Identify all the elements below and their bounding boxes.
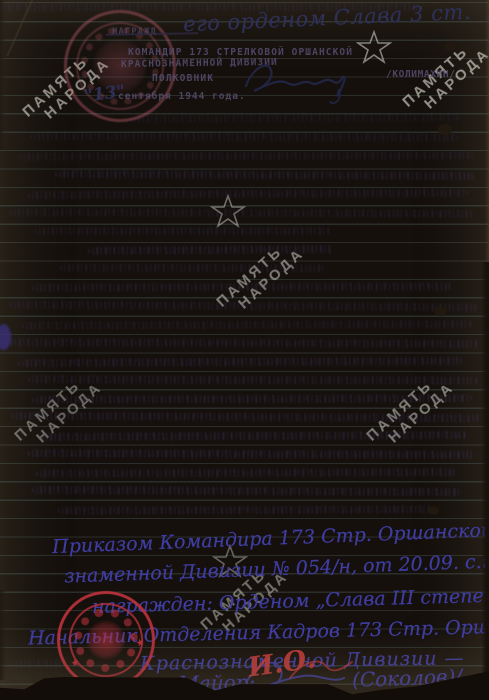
faded-handwriting-line xyxy=(30,132,460,142)
faded-handwriting-line xyxy=(58,505,433,514)
scan-edge-left xyxy=(0,0,5,150)
punch-hole xyxy=(438,124,452,135)
faded-handwriting-line xyxy=(35,227,330,235)
surname-typed: /КОЛИМАХИН/ xyxy=(386,69,456,80)
faded-handwriting-line xyxy=(60,264,325,273)
faded-handwriting-line xyxy=(88,245,333,255)
date-typed: сентября 1944 года. xyxy=(118,91,246,102)
rank-label: ПОЛКОВНИК xyxy=(152,73,214,84)
faded-handwriting-line xyxy=(2,338,480,348)
punch-hole xyxy=(444,42,456,51)
punch-hole xyxy=(434,306,447,316)
scanned-award-document: ПАМЯТЬНАРОДАПАМЯТЬНАРОДАПАМЯТЬНАРОДАПАМЯ… xyxy=(0,0,489,700)
scan-edge-right xyxy=(481,262,489,682)
faded-handwriting-line xyxy=(32,282,452,291)
signature-ink xyxy=(238,56,358,108)
faded-handwriting-line xyxy=(28,449,476,459)
scan-edge-right xyxy=(485,0,489,262)
punch-hole xyxy=(428,506,439,515)
faded-handwriting-line xyxy=(36,468,456,477)
faded-handwriting-line xyxy=(32,394,472,404)
scan-edge-left xyxy=(0,590,6,680)
faded-handwriting-line xyxy=(28,375,478,385)
faded-handwriting-line xyxy=(10,208,475,218)
faded-handwriting-line xyxy=(20,151,475,161)
faded-handwriting-line xyxy=(22,320,472,330)
faded-handwriting-line xyxy=(130,113,460,123)
